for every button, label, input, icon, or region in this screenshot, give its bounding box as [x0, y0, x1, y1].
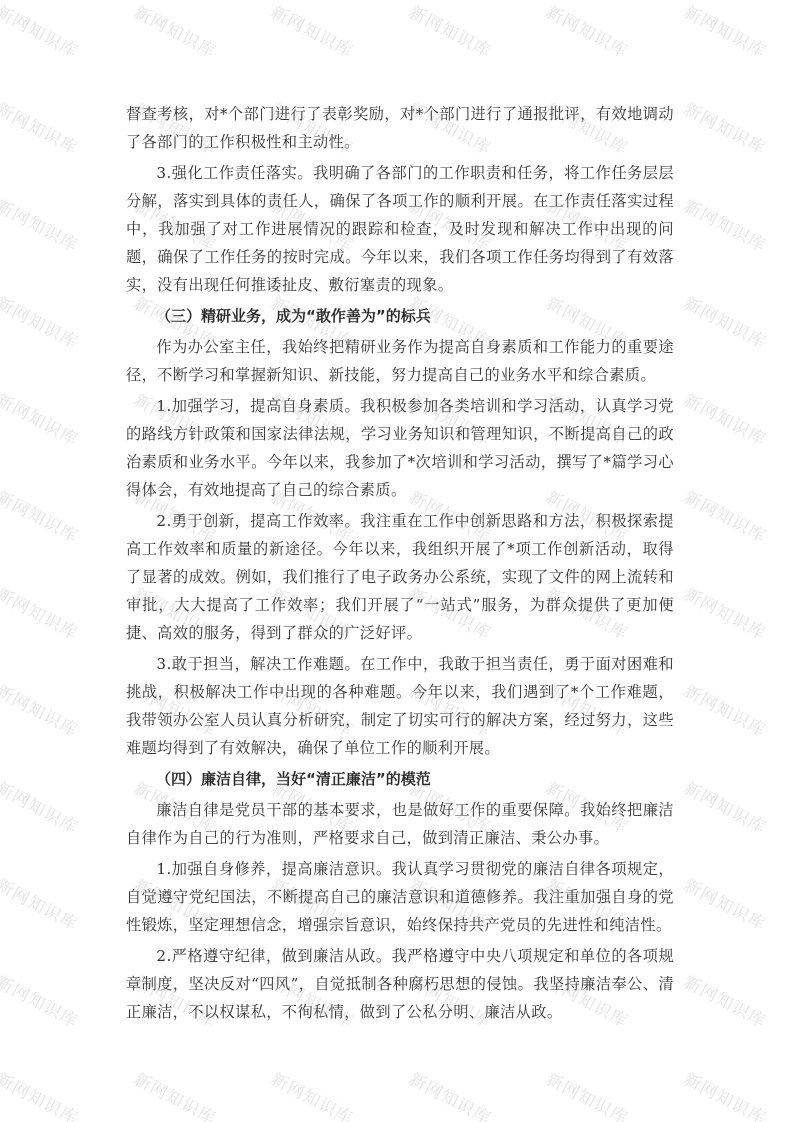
watermark-text: 新网知识库	[680, 289, 771, 353]
paragraph-item-1-self-cultivation: 1.加强自身修养，提高廉洁意识。我认真学习贯彻党的廉洁自律各项规定，自觉遵守党纪…	[126, 855, 674, 939]
document-page: 督查考核，对*个部门进行了表彰奖励，对*个部门进行了通报批评，有效地调动了各部门…	[126, 100, 674, 1029]
watermark-text: 新网知识库	[680, 192, 771, 256]
watermark-text: 新网知识库	[680, 968, 771, 1032]
watermark-text: 新网知识库	[542, 0, 633, 62]
paragraph-item-2-discipline: 2.严格遵守纪律，做到廉洁从政。我严格遵守中央八项规定和单位的各项规章制度，坚决…	[126, 942, 674, 1026]
watermark-text: 新网知识库	[0, 1065, 83, 1122]
watermark-text: 新网知识库	[680, 774, 771, 838]
watermark-text: 新网知识库	[680, 0, 771, 62]
section-heading-3: （三）精研业务，成为“敢作善为”的标兵	[126, 302, 674, 330]
watermark-text: 新网知识库	[680, 1065, 771, 1122]
watermark-text: 新网知识库	[0, 192, 83, 256]
paragraph-continuation: 督查考核，对*个部门进行了表彰奖励，对*个部门进行了通报批评，有效地调动了各部门…	[126, 100, 674, 156]
watermark-text: 新网知识库	[405, 1065, 496, 1122]
watermark-text: 新网知识库	[680, 483, 771, 547]
watermark-text: 新网知识库	[267, 0, 358, 62]
watermark-text: 新网知识库	[680, 95, 771, 159]
watermark-text: 新网知识库	[0, 95, 83, 159]
paragraph-intro-integrity: 廉洁自律是党员干部的基本要求，也是做好工作的重要保障。我始终把廉洁自律作为自己的…	[126, 796, 674, 852]
section-heading-4: （四）廉洁自律，当好“清正廉洁”的模范	[126, 765, 674, 793]
watermark-text: 新网知识库	[0, 289, 83, 353]
watermark-text: 新网知识库	[680, 386, 771, 450]
watermark-text: 新网知识库	[130, 1065, 221, 1122]
paragraph-item-3-responsibility-take: 3.敢于担当，解决工作难题。在工作中，我敢于担当责任，勇于面对困难和挑战，积极解…	[126, 650, 674, 762]
watermark-text: 新网知识库	[0, 580, 83, 644]
paragraph-item-1-study: 1.加强学习，提高自身素质。我积极参加各类培训和学习活动，认真学习党的路线方针政…	[126, 392, 674, 504]
watermark-text: 新网知识库	[680, 677, 771, 741]
watermark-text: 新网知识库	[680, 580, 771, 644]
watermark-text: 新网知识库	[130, 0, 221, 62]
watermark-text: 新网知识库	[405, 0, 496, 62]
watermark-text: 新网知识库	[0, 677, 83, 741]
watermark-text: 新网知识库	[542, 1065, 633, 1122]
watermark-text: 新网知识库	[680, 871, 771, 935]
paragraph-intro-business: 作为办公室主任，我始终把精研业务作为提高自身素质和工作能力的重要途径，不断学习和…	[126, 333, 674, 389]
paragraph-item-3-responsibility: 3.强化工作责任落实。我明确了各部门的工作职责和任务，将工作任务层层分解，落实到…	[126, 159, 674, 299]
watermark-text: 新网知识库	[0, 0, 83, 62]
watermark-text: 新网知识库	[0, 968, 83, 1032]
paragraph-item-2-innovation: 2.勇于创新，提高工作效率。我注重在工作中创新思路和方法，积极探索提高工作效率和…	[126, 507, 674, 647]
watermark-text: 新网知识库	[0, 774, 83, 838]
watermark-text: 新网知识库	[0, 386, 83, 450]
watermark-text: 新网知识库	[0, 483, 83, 547]
watermark-text: 新网知识库	[0, 871, 83, 935]
watermark-text: 新网知识库	[267, 1065, 358, 1122]
